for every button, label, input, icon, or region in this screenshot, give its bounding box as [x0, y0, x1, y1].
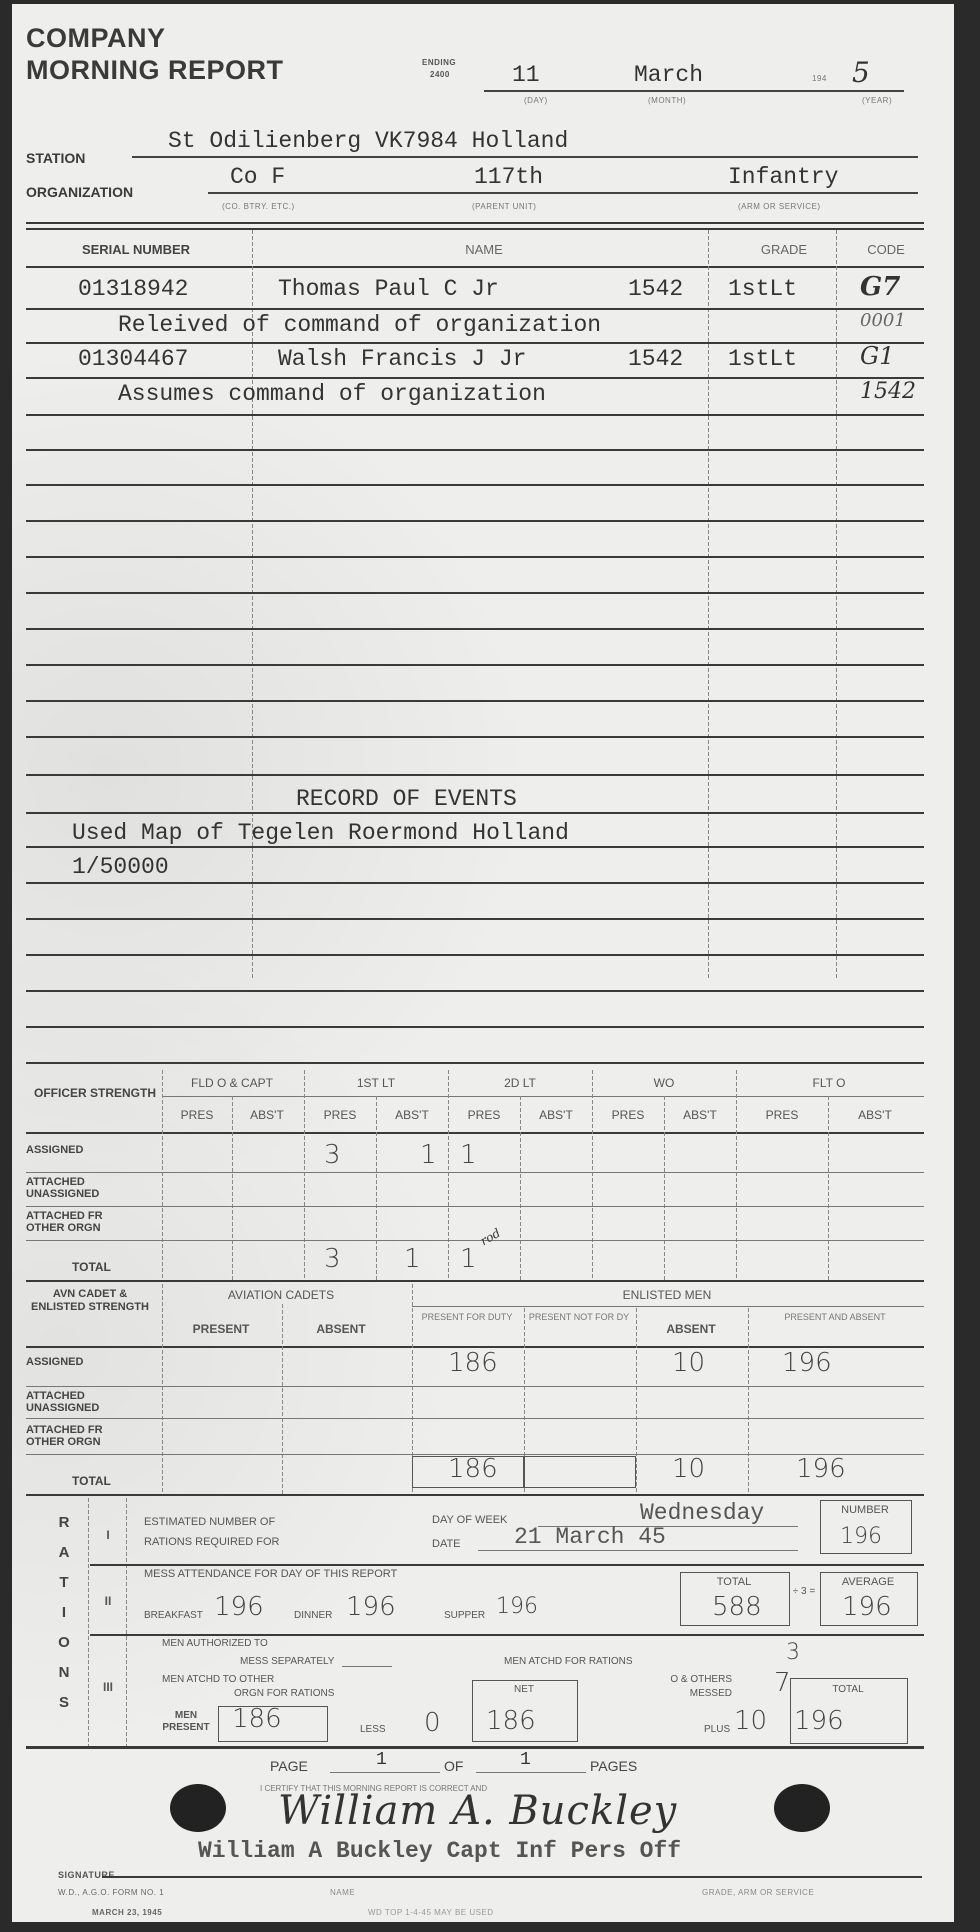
date-label: DATE — [432, 1538, 461, 1550]
mess-separately-underline — [342, 1666, 392, 1667]
ruled-line — [26, 520, 924, 522]
ruled-line — [26, 700, 924, 702]
subheader-pres: PRES — [736, 1108, 828, 1122]
group-aviation-cadets: AVIATION CADETS — [162, 1288, 400, 1302]
punch-hole-left — [170, 1784, 226, 1832]
group-flt-o: FLT O — [736, 1076, 922, 1090]
col-divider — [282, 1304, 283, 1494]
row-label-attached-other-orgn: ATTACHED FR OTHER ORGN — [26, 1424, 136, 1448]
cell-present-for-duty-total: 186 — [448, 1454, 498, 1484]
group-enlisted-men: ENLISTED MEN — [412, 1288, 922, 1302]
row-label-total: TOTAL — [72, 1474, 111, 1488]
subheader-present-not-for-duty: PRESENT NOT FOR DY — [524, 1312, 634, 1322]
row-rule — [26, 1418, 924, 1419]
ruled-line — [26, 556, 924, 558]
year-sublabel: (YEAR) — [862, 96, 892, 105]
cell-1stlt-pres-assigned: 3 — [324, 1140, 341, 1170]
header-divider-2 — [26, 228, 924, 230]
side-letter: T — [54, 1568, 74, 1598]
subheader-abst: ABS'T — [664, 1108, 736, 1122]
subheader-rule — [162, 1096, 924, 1097]
table-row: 01304467 Walsh Francis J Jr 1542 1stLt G… — [26, 342, 924, 376]
report-year: 5 — [852, 56, 870, 89]
subheader-absent: ABSENT — [282, 1322, 400, 1336]
ruled-line — [26, 628, 924, 630]
grade: 1stLt — [728, 276, 797, 302]
plus-label: PLUS — [704, 1724, 730, 1735]
person-name: Walsh Francis J Jr — [278, 346, 526, 372]
section-iii-numeral: III — [90, 1680, 126, 1694]
record-of-events-line2: 1/50000 — [72, 854, 169, 880]
group-fld-o-capt: FLD O & CAPT — [162, 1076, 302, 1090]
ruled-line — [26, 846, 924, 848]
supersedes-note: WD TOP 1-4-45 MAY BE USED — [368, 1908, 494, 1917]
subheader-pres: PRES — [162, 1108, 232, 1122]
table-row-remark: Assumes command of organization 1542 — [26, 377, 924, 411]
cell-1stlt-pres-total: 3 — [324, 1244, 341, 1274]
row-rule — [26, 1172, 924, 1173]
section-ii-numeral: II — [90, 1594, 126, 1608]
officer-strength-header: OFFICER STRENGTH — [30, 1086, 160, 1100]
col-divider — [162, 1284, 163, 1494]
cell-2dlt-pres-total: 1 — [460, 1244, 477, 1274]
mess-attendance-label: MESS ATTENDANCE FOR DAY OF THIS REPORT — [144, 1568, 397, 1580]
ruled-line — [26, 1026, 924, 1028]
col-divider — [664, 1096, 665, 1280]
handwritten-signature: William A. Buckley — [278, 1788, 677, 1834]
supper-label: SUPPER — [444, 1610, 485, 1621]
report-day: 11 — [512, 62, 540, 88]
ruled-line — [26, 484, 924, 486]
of-underline — [476, 1772, 586, 1773]
col-header-name: NAME — [252, 242, 716, 257]
subheader-pres: PRES — [304, 1108, 376, 1122]
col-divider — [126, 1498, 127, 1748]
row-rule — [26, 1240, 924, 1241]
morning-report-page: COMPANY MORNING REPORT ENDING 2400 11 Ma… — [12, 4, 954, 1922]
remark-text: Releived of command of organization — [118, 312, 601, 338]
record-of-events-heading: RECORD OF EVENTS — [296, 786, 517, 812]
men-atchd-other-label1: MEN ATCHD TO OTHER — [162, 1674, 274, 1685]
subheader-abst: ABS'T — [828, 1108, 922, 1122]
plus-value: 10 — [734, 1706, 767, 1736]
less-value: 0 — [424, 1708, 441, 1738]
ration-total-value: 196 — [794, 1706, 844, 1736]
col-divider — [376, 1096, 377, 1280]
row-label-assigned: ASSIGNED — [26, 1356, 136, 1368]
col-divider — [448, 1070, 449, 1280]
form-date: MARCH 23, 1945 — [92, 1908, 162, 1917]
cell-present-for-duty-assigned: 186 — [448, 1348, 498, 1378]
subheader-pres: PRES — [592, 1108, 664, 1122]
mos-code: 1542 — [628, 346, 683, 372]
serial-number: 01318942 — [78, 276, 188, 302]
ruled-line — [26, 664, 924, 666]
org-arm-sublabel: (ARM OR SERVICE) — [738, 202, 821, 211]
org-company-sublabel: (CO. BTRY. ETC.) — [222, 202, 295, 211]
ruled-line — [26, 990, 924, 992]
group-wo: WO — [592, 1076, 736, 1090]
ruled-line — [26, 449, 924, 451]
org-arm-service: Infantry — [728, 164, 838, 190]
org-parent-sublabel: (PARENT UNIT) — [472, 202, 536, 211]
section-i-numeral: I — [90, 1528, 126, 1542]
dinner-value: 196 — [346, 1592, 396, 1622]
station-label: STATION — [26, 150, 85, 166]
remark-text: Assumes command of organization — [118, 381, 546, 407]
of-label: OF — [444, 1758, 463, 1774]
org-parent-unit: 117th — [474, 164, 543, 190]
subheader-present-for-duty: PRESENT FOR DUTY — [412, 1312, 522, 1322]
col-divider — [636, 1308, 637, 1494]
subheader-present-and-absent: PRESENT AND ABSENT — [748, 1312, 922, 1322]
handwritten-annotation: rod — [478, 1226, 503, 1248]
punch-hole-right — [774, 1784, 830, 1832]
ending-label-2400: 2400 — [430, 70, 450, 79]
subheader-pres: PRES — [448, 1108, 520, 1122]
org-company: Co F — [230, 164, 285, 190]
net-value: 186 — [486, 1706, 536, 1736]
day-of-week-value: Wednesday — [640, 1500, 764, 1526]
col-header-serial: SERIAL NUMBER — [26, 242, 246, 257]
signature-label: SIGNATURE — [58, 1870, 115, 1880]
table-rule — [26, 1280, 924, 1282]
less-label: LESS — [360, 1724, 386, 1735]
total-pages: 1 — [520, 1750, 531, 1770]
col-divider — [828, 1096, 829, 1280]
ruled-line — [26, 882, 924, 884]
side-letter: R — [54, 1508, 74, 1538]
table-row-remark: Releived of command of organization 0001 — [26, 308, 924, 342]
duty-code: G7 — [860, 272, 900, 302]
row-label-total: TOTAL — [72, 1260, 111, 1274]
col-divider — [88, 1498, 89, 1748]
side-letter: N — [54, 1658, 74, 1688]
page-underline — [330, 1772, 440, 1773]
ending-label: ENDING — [422, 58, 456, 67]
ration-total-label: TOTAL — [790, 1684, 906, 1695]
supper-value: 196 — [496, 1594, 538, 1619]
side-letter: A — [54, 1538, 74, 1568]
col-divider — [748, 1308, 749, 1494]
pages-label: PAGES — [590, 1758, 637, 1774]
section-i-label1: ESTIMATED NUMBER OF — [144, 1516, 275, 1528]
table-rule — [26, 1494, 924, 1496]
grade-arm-label: GRADE, ARM OR SERVICE — [702, 1888, 814, 1897]
enlisted-strength-header: AVN CADET & ENLISTED STRENGTH — [30, 1288, 150, 1314]
breakfast-label: BREAKFAST — [144, 1610, 203, 1621]
col-header-grade: GRADE — [724, 242, 844, 257]
dinner-label: DINNER — [294, 1610, 332, 1621]
ration-number-value: 196 — [840, 1524, 882, 1549]
cell-2dlt-pres-assigned: 1 — [460, 1140, 477, 1170]
rations-bottom-rule — [26, 1746, 924, 1749]
others-messed-value: 7 — [774, 1668, 791, 1698]
ruled-line — [26, 414, 924, 416]
signature-line — [102, 1876, 922, 1878]
typed-signatory-name: William A Buckley Capt Inf Pers Off — [198, 1838, 681, 1864]
rations-side-label: R A T I O N S — [54, 1508, 74, 1718]
col-divider — [592, 1070, 593, 1280]
table-rule — [26, 1132, 924, 1134]
ruled-line — [26, 954, 924, 956]
subheader-abst: ABS'T — [376, 1108, 448, 1122]
person-name: Thomas Paul C Jr — [278, 276, 499, 302]
station-value: St Odilienberg VK7984 Holland — [168, 128, 568, 154]
subheader-present: PRESENT — [162, 1322, 280, 1336]
men-present-label: MEN PRESENT — [162, 1710, 210, 1734]
side-letter: S — [54, 1688, 74, 1718]
side-letter: O — [54, 1628, 74, 1658]
col-divider — [162, 1070, 163, 1280]
row-label-attached-unassigned: ATTACHED UNASSIGNED — [26, 1390, 136, 1414]
date-underline — [478, 1550, 798, 1551]
mess-average-label: AVERAGE — [820, 1576, 916, 1588]
subheader-absent-em: ABSENT — [636, 1322, 746, 1336]
col-divider — [520, 1096, 521, 1280]
organization-label: ORGANIZATION — [26, 184, 133, 200]
report-month: March — [634, 62, 703, 88]
date-underline — [484, 90, 904, 92]
year-prefix: 194 — [812, 74, 827, 83]
mess-average-value: 196 — [842, 1592, 892, 1622]
men-present-value: 186 — [232, 1704, 282, 1734]
duty-code: G1 — [860, 342, 894, 370]
men-authorized-label2: MESS SEPARATELY — [240, 1656, 334, 1667]
organization-underline — [208, 192, 918, 194]
men-atchd-rations-value: 3 — [786, 1640, 800, 1665]
serial-number: 01304467 — [78, 346, 188, 372]
table-header-rule — [26, 266, 924, 268]
col-divider — [232, 1096, 233, 1280]
section-rule — [90, 1634, 924, 1636]
day-sublabel: (DAY) — [524, 96, 548, 105]
form-title-line2: MORNING REPORT — [26, 54, 284, 86]
mess-total-value: 588 — [712, 1592, 762, 1622]
col-header-code: CODE — [848, 242, 924, 257]
cell-absent-total: 10 — [672, 1454, 705, 1484]
net-label: NET — [472, 1684, 576, 1695]
ruled-line — [26, 918, 924, 920]
men-atchd-rations-label: MEN ATCHD FOR RATIONS — [504, 1656, 633, 1667]
group-2d-lt: 2D LT — [448, 1076, 592, 1090]
ruled-line — [26, 812, 924, 814]
subheader-rule — [412, 1306, 924, 1307]
cell-1stlt-abst-assigned: 1 — [420, 1140, 437, 1170]
remark-code: 0001 — [860, 310, 906, 331]
record-of-events-line1: Used Map of Tegelen Roermond Holland — [72, 820, 569, 846]
ruled-line — [26, 592, 924, 594]
col-divider — [736, 1070, 737, 1280]
men-authorized-label1: MEN AUTHORIZED TO — [162, 1638, 268, 1649]
grade: 1stLt — [728, 346, 797, 372]
row-label-attached-unassigned: ATTACHED UNASSIGNED — [26, 1176, 136, 1200]
remark-code: 1542 — [860, 379, 916, 404]
row-rule — [26, 1206, 924, 1207]
section-i-label2: RATIONS REQUIRED FOR — [144, 1536, 279, 1548]
ration-number-label: NUMBER — [820, 1504, 910, 1516]
subheader-abst: ABS'T — [520, 1108, 592, 1122]
form-number: W.D., A.G.O. FORM NO. 1 — [58, 1888, 164, 1897]
section-rule — [90, 1564, 924, 1566]
page-number: 1 — [376, 1750, 387, 1770]
station-underline — [132, 156, 918, 158]
ruled-line — [26, 774, 924, 776]
page-label: PAGE — [270, 1758, 308, 1774]
mess-total-label: TOTAL — [680, 1576, 788, 1588]
others-messed-label1: O & OTHERS — [622, 1674, 732, 1685]
month-sublabel: (MONTH) — [648, 96, 686, 105]
side-letter: I — [54, 1598, 74, 1628]
total-box-present-not-for-duty — [524, 1456, 636, 1488]
cell-present-and-absent-total: 196 — [796, 1454, 846, 1484]
cell-1stlt-abst-total: 1 — [404, 1244, 421, 1274]
form-title-line1: COMPANY — [26, 22, 166, 54]
breakfast-value: 196 — [214, 1592, 264, 1622]
men-atchd-other-label2: ORGN FOR RATIONS — [234, 1688, 334, 1699]
name-label: NAME — [330, 1888, 355, 1897]
group-1st-lt: 1ST LT — [304, 1076, 448, 1090]
header-divider-1 — [26, 222, 924, 224]
ration-date-value: 21 March 45 — [514, 1524, 666, 1550]
mos-code: 1542 — [628, 276, 683, 302]
cell-absent-assigned: 10 — [672, 1348, 705, 1378]
subheader-abst: ABS'T — [232, 1108, 302, 1122]
ruled-line — [26, 736, 924, 738]
divide-by-three: ÷ 3 = — [790, 1584, 818, 1600]
cell-present-and-absent-assigned: 196 — [782, 1348, 832, 1378]
day-of-week-label: DAY OF WEEK — [432, 1514, 507, 1526]
row-rule — [26, 1386, 924, 1387]
col-divider — [304, 1070, 305, 1280]
row-label-assigned: ASSIGNED — [26, 1144, 126, 1156]
ruled-line — [26, 1062, 924, 1064]
others-messed-label2: MESSED — [622, 1688, 732, 1699]
row-label-attached-other-orgn: ATTACHED FR OTHER ORGN — [26, 1210, 136, 1234]
table-row: 01318942 Thomas Paul C Jr 1542 1stLt G7 — [26, 272, 924, 306]
